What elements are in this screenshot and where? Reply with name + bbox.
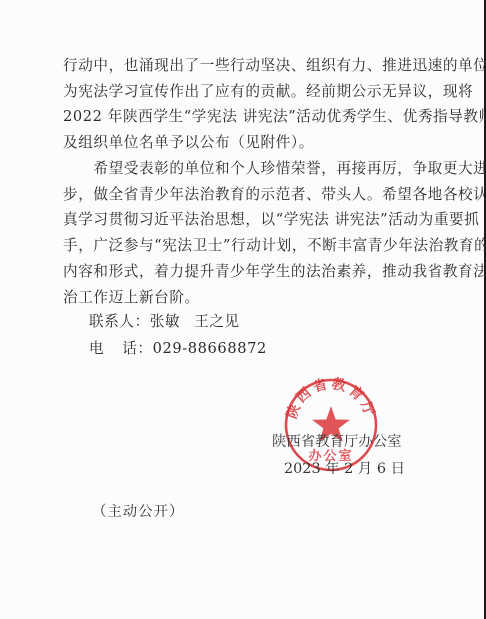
text-line: 及组织单位名单予以公布（见附件）。 [63, 130, 425, 156]
contact-person-2: 王之见 [194, 313, 240, 330]
contact-persons: 联系人：张敏王之见 [89, 310, 240, 331]
text-line: 手，广泛参与“宪法卫士”行动计划，不断丰富青少年法治教育的 [63, 233, 425, 259]
phone-label-1: 电 [89, 340, 104, 357]
text-line: 步，做全省青少年法治教育的示范者、带头人。希望各地各校认 [63, 182, 425, 208]
text-line: 内容和形式，着力提升青少年学生的法治素养，推动我省教育法 [63, 259, 425, 285]
text-line: 为宪法学习宣传作出了应有的贡献。经前期公示无异议，现将 [63, 79, 425, 105]
paragraph-publication: 行动中，也涌现出了一些行动坚决、组织有力、推进迅速的单位， 为宪法学习宣传作出了… [63, 53, 425, 156]
phone-label-2: 话： [122, 340, 152, 357]
contact-label: 联系人： [89, 313, 150, 330]
text-line: 行动中，也涌现出了一些行动坚决、组织有力、推进迅速的单位， [63, 53, 425, 79]
contact-person-1: 张敏 [150, 313, 180, 330]
issue-date: 2023 年 2 月 6 日 [284, 457, 405, 478]
issuing-office: 陕西省教育厅办公室 [272, 430, 402, 451]
text-line: 真学习贯彻习近平法治思想，以“学宪法 讲宪法”活动为重要抓 [63, 207, 425, 233]
phone-number: 029-88668872 [153, 340, 267, 357]
text-line: 治工作迈上新台阶。 [63, 285, 425, 311]
disclosure-status: （主动公开） [92, 500, 184, 521]
text-line: 2022 年陕西学生“学宪法 讲宪法”活动优秀学生、优秀指导教师 [63, 104, 425, 130]
text-line: 希望受表彰的单位和个人珍惜荣誉，再接再厉，争取更大进 [63, 156, 425, 182]
contact-phone: 电话：029-88668872 [89, 337, 267, 358]
paragraph-expectations: 希望受表彰的单位和个人珍惜荣誉，再接再厉，争取更大进 步，做全省青少年法治教育的… [63, 156, 425, 310]
